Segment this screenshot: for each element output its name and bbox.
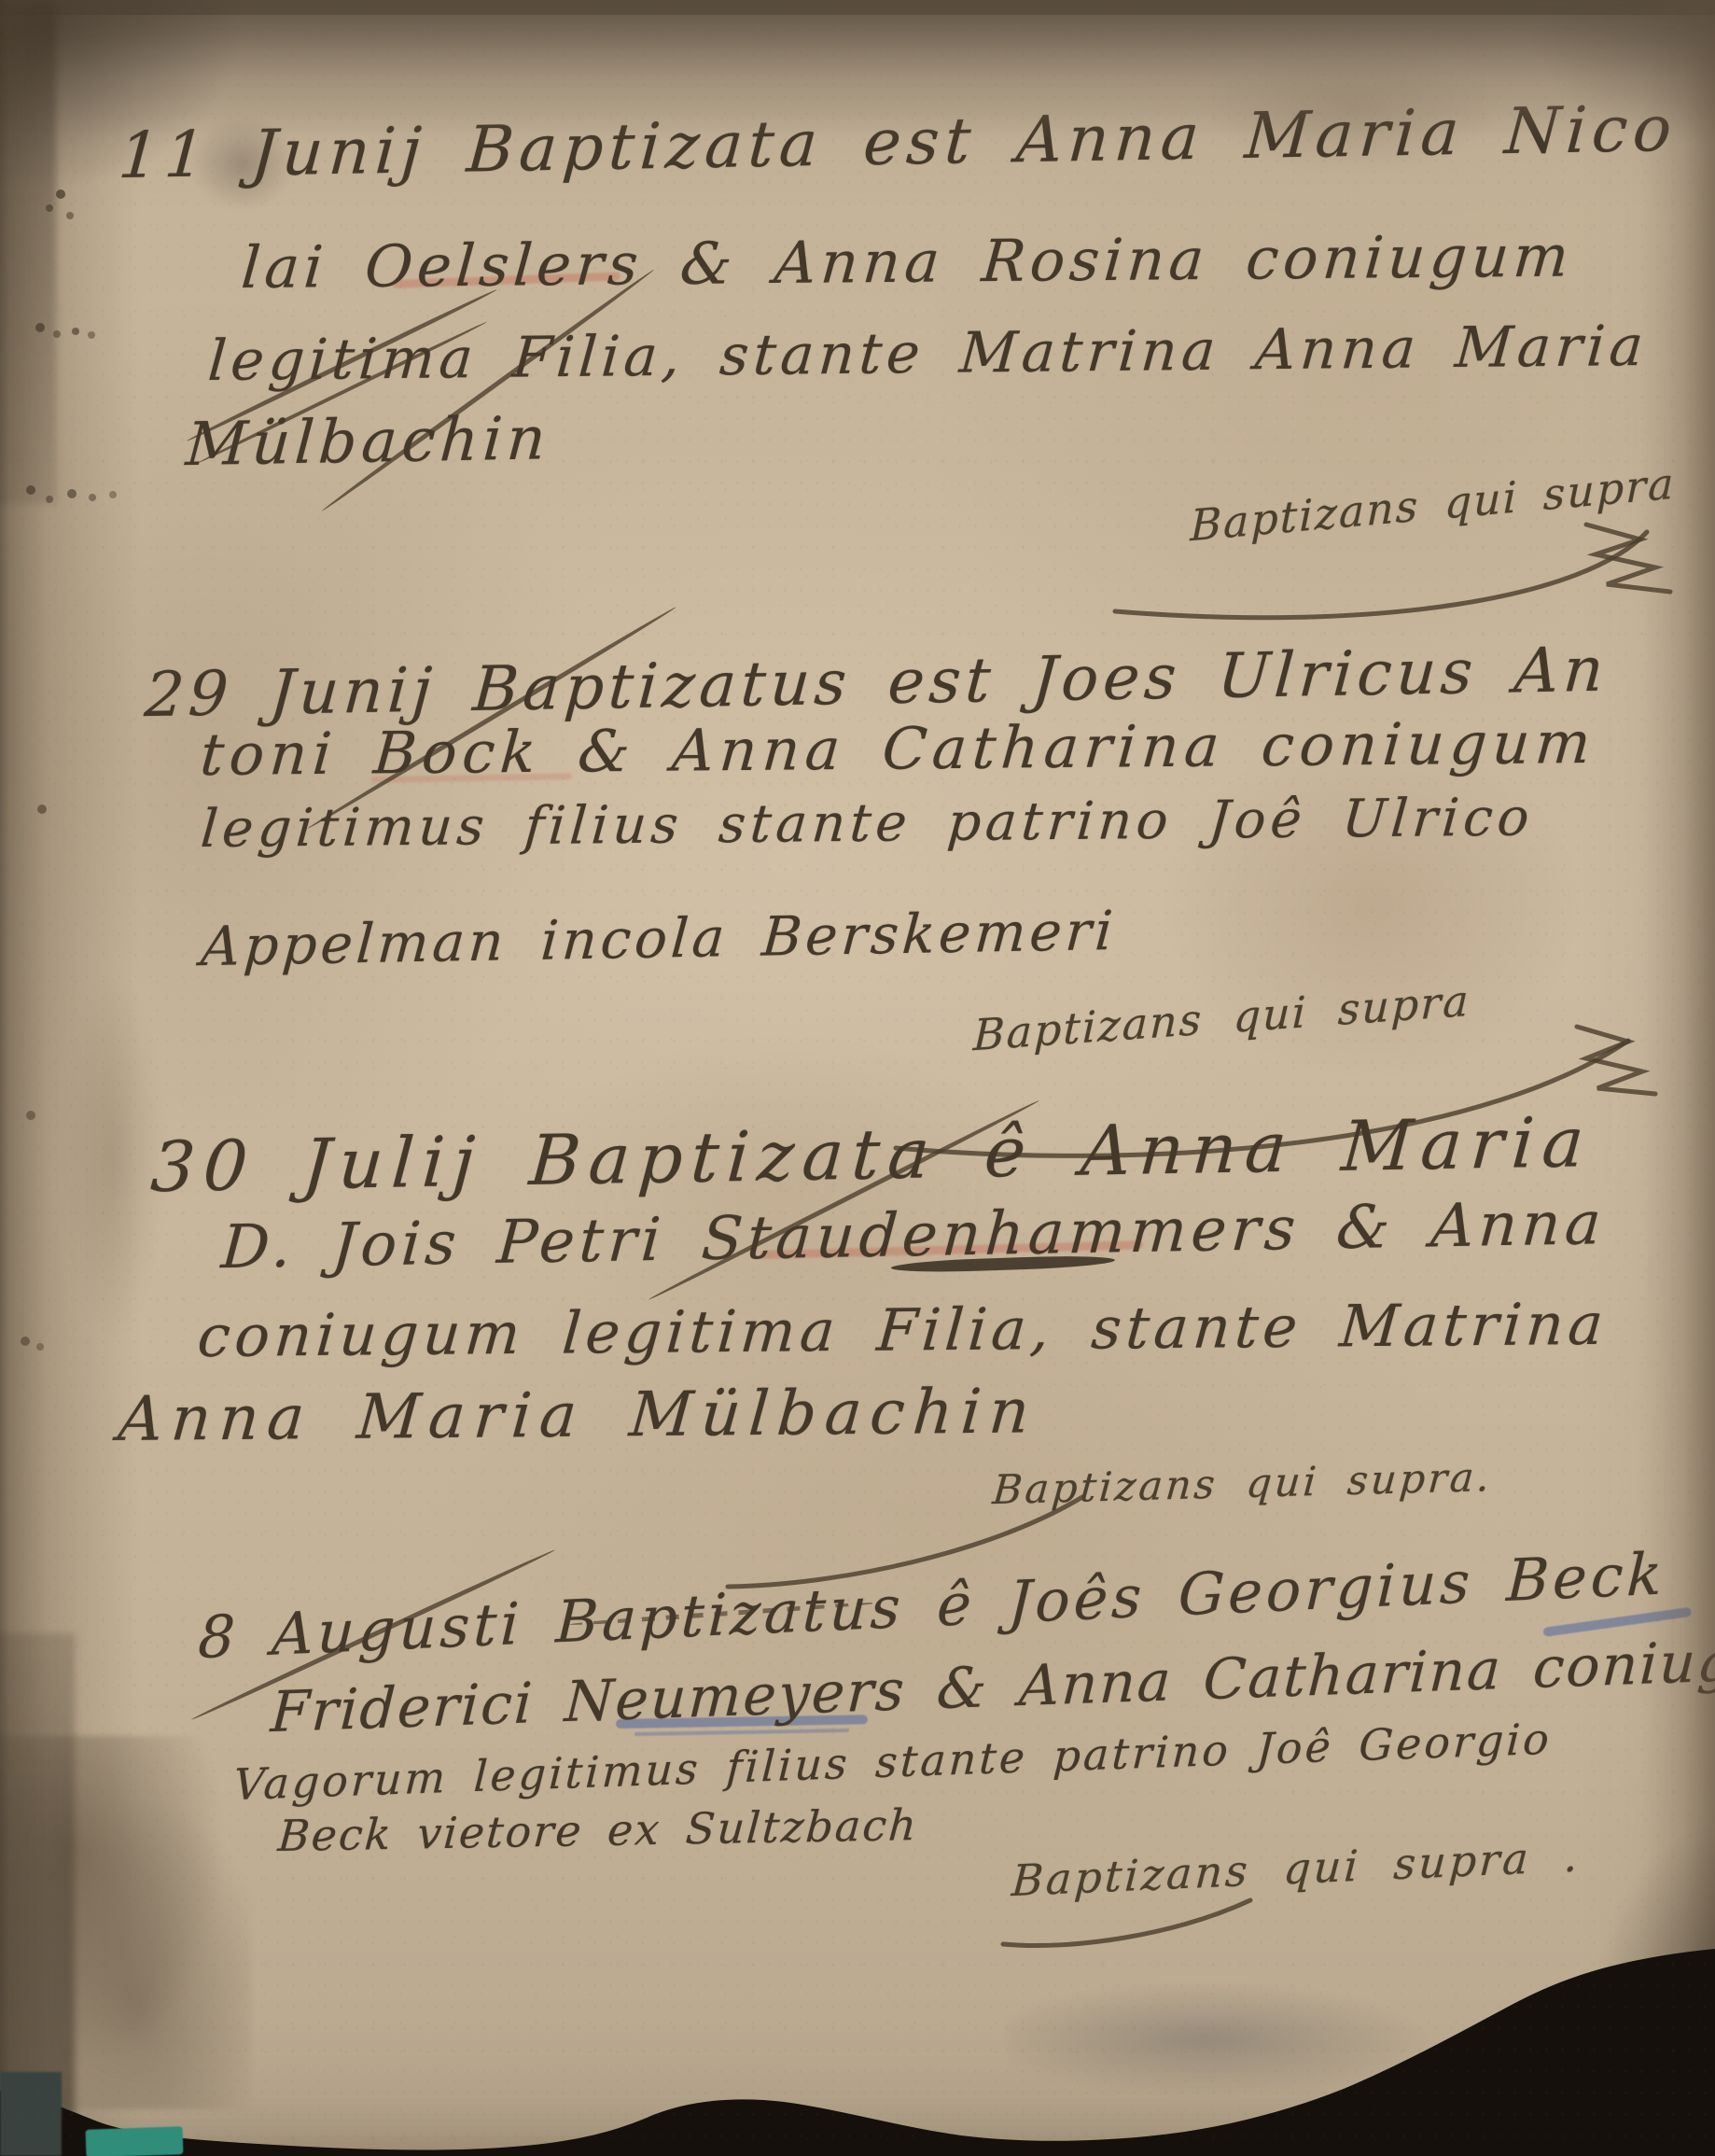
manuscript-page: 11 Junij Baptizata est Anna Maria Nico l… (0, 0, 1715, 2156)
entry-line: Mülbachin (184, 404, 552, 480)
underlined-name: Bock (371, 718, 544, 788)
entry-line: toni Bock & Anna Catharina coniugum (198, 708, 1598, 789)
entry-line: legitima Filia, stante Matrina Anna Mari… (206, 314, 1651, 394)
signature-line: Baptizans qui supra. (991, 1454, 1494, 1514)
entry-text: & Anna (1297, 1189, 1608, 1264)
entry-line: 30 Julij Baptizata ê Anna Maria (148, 1102, 1595, 1208)
page-edge-top-line (0, 0, 1715, 15)
entry-line: Appelman incola Berskemeri (199, 899, 1118, 978)
signature-line: Baptizans qui supra . (1011, 1830, 1583, 1906)
scan-border-bottom (0, 1932, 1715, 2156)
scan-artifact-teal (86, 2126, 184, 2156)
entry-text: & Anna Catharina coniug (904, 1629, 1715, 1723)
entry-text: & Anna Catharina coniugum (538, 708, 1598, 786)
entry-line: legitimus filius stante patrino Joê Ulri… (199, 788, 1536, 861)
page-edge-left (0, 0, 140, 2156)
binding-streak-left-top (0, 0, 56, 504)
entry-line: lai Oelslers & Anna Rosina coniugum (239, 222, 1576, 302)
entry-text: lai (239, 232, 368, 301)
underlined-name: Beck (1505, 1539, 1667, 1615)
margin-ink-specks (0, 0, 6, 6)
entry-text: Friderici (269, 1670, 566, 1745)
underlined-name: Staudenhammers (699, 1195, 1302, 1274)
entry-line: coniugum legitima Filia, stante Matrina (195, 1290, 1610, 1370)
entry-line: Beck vietore ex Sultzbach (276, 1799, 920, 1861)
entry-line: D. Jois Petri Staudenhammers & Anna (219, 1189, 1608, 1282)
entry-line: 11 Junij Baptizata est Anna Maria Nico (116, 92, 1679, 193)
underlined-name: Oelslers (363, 230, 646, 301)
entry-line: Anna Maria Mülbachin (116, 1375, 1040, 1455)
underlined-name: Neumeyers (563, 1658, 907, 1735)
entry-text: toni (198, 719, 376, 789)
entry-text: D. Jois Petri (219, 1205, 704, 1282)
entry-text: & Anna Rosina coniugum (640, 222, 1576, 299)
scan-artifact-slate (0, 2072, 62, 2156)
